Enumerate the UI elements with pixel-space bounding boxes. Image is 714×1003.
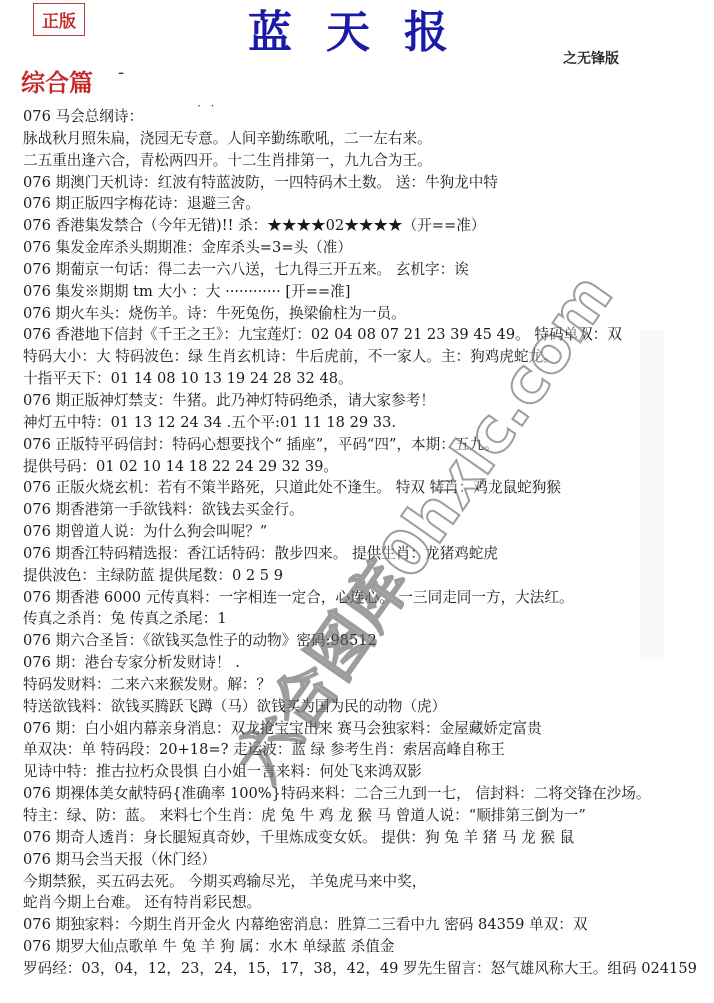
text-line: 076 集发金库杀头期期准：金库杀头=3=头（准） [23, 237, 713, 259]
text-line: 076 期马会当天报（休门经） [23, 849, 713, 871]
authentic-badge: 正版 [33, 3, 85, 36]
text-line: 076 期葡京一句话：得二去一六八送，七九得三开五来。 玄机字：诶 [23, 259, 713, 281]
text-line: 076 集发※期期 tm 大小 ：大 ············ [开==准] [23, 281, 713, 303]
text-line: 076 期香港第一手欲钱料：欲钱去买金行。 [23, 499, 713, 521]
text-line: 单双决：单 特码段：20+18=? 走运波：蓝 绿 参考生肖：索居高峰自称王 [23, 739, 713, 761]
text-line: 提供波色：主绿防蓝 提供尾数：0 2 5 9 [23, 565, 713, 587]
text-line: 076 期火车头：烧伤羊。诗：牛死兔伤，换梁偷柱为一员。 [23, 303, 713, 325]
text-line: 076 正版特平码信封：特码心想要找个“ 插座”，平码“四”，本期：五九。 [23, 434, 713, 456]
text-line: 076 期澳门天机诗：红波有特蓝波防，一四特码木土数。 送：牛狗龙中特 [23, 172, 713, 194]
text-line: 076 正版火烧玄机：若有不策半路死，只道此处不逢生。 特双 特肖：鸡龙鼠蛇狗猴 [23, 477, 713, 499]
section-title: 综合篇 [21, 63, 93, 98]
title-char-1: 蓝 [248, 0, 292, 60]
text-line: 罗码经：03，04，12，23，24，15，17，38，42，49 罗先生留言：… [23, 958, 713, 980]
text-line: 076 期独家料：今期生肖开金火 内幕绝密消息：胜算二三看中九 密码 84359… [23, 914, 713, 936]
text-line: 特码发财料：二来六来猴发财。解：？ [23, 674, 713, 696]
text-line: 神灯五中特：01 13 12 24 34 .五个平:01 11 18 29 33… [23, 412, 713, 434]
text-line: 见诗中特：推古拉朽众畏惧 白小姐一言来料：何处飞来鸿双影 [23, 761, 713, 783]
text-line: 076 期曾道人说：为什么狗会叫呢？” [23, 521, 713, 543]
title-char-2: 天 [326, 0, 370, 60]
article-body: 076 马会总纲诗： 脉战秋月照朱扁，浇园无专意。人间辛勤练歌吼，二一左右来。 … [23, 106, 713, 980]
text-line: 十指平天下：01 14 08 10 13 19 24 28 32 48。 [23, 368, 713, 390]
text-line: 076 香港集发禁合（今年无错)!! 杀：★★★★02★★★★（开==准） [23, 215, 713, 237]
title-char-3: 报 [404, 0, 448, 60]
text-line: 076 期香江特码精选报：香江话特码：散步四来。 提供生肖：龙猪鸡蛇虎 [23, 543, 713, 565]
text-line: 特码大小：大 特码波色：绿 生肖玄机诗：牛后虎前，不一家人。主：狗鸡虎蛇龙。 [23, 346, 713, 368]
text-line: 076 期正版四字梅花诗：退避三舍。 [23, 193, 713, 215]
text-line: 特送欲钱料：欲钱买腾跃飞蹲（马）欲钱买为国为民的动物（虎） [23, 696, 713, 718]
text-line: 传真之杀肖：兔 传真之杀尾：1 [23, 608, 713, 630]
text-line: 076 期正版神灯禁支：牛猪。此乃神灯特码绝杀，请大家参考！ [23, 390, 713, 412]
text-line: 076 期奇人透肖：身长腿短真奇妙，千里炼成变女妖。 提供：狗 兔 羊 猪 马 … [23, 827, 713, 849]
section-dash: - [118, 62, 124, 83]
text-line: 076 香港地下信封《千王之王》：九宝莲灯：02 04 08 07 21 23 … [23, 324, 713, 346]
text-line: 076 马会总纲诗： [23, 106, 713, 128]
text-line: 076 期：白小姐内幕亲身消息：双龙抢宝宝出来 赛马会独家料：金屋藏娇定富贵 [23, 718, 713, 740]
text-line: 076 期：港台专家分析发财诗！ . [23, 652, 713, 674]
badge-label: 正版 [42, 7, 76, 32]
text-line: 076 期六合圣旨：《欲钱买急性子的动物》密码:98512 [23, 630, 713, 652]
edition-label: 之无锋版 [563, 48, 619, 68]
text-line: 特主：绿、防：蓝。 来料七个生肖：虎 兔 牛 鸡 龙 猴 马 曾道人说：“顺排第… [23, 805, 713, 827]
text-line: 提供号码：01 02 10 14 18 22 24 29 32 39。 [23, 456, 713, 478]
text-line: 脉战秋月照朱扁，浇园无专意。人间辛勤练歌吼，二一左右来。 [23, 128, 713, 150]
page-title: 蓝 天 报 [248, 2, 448, 54]
text-line: 076 期香港 6000 元传真料：一字相连一定合，心连心。 一三同走同一方，大… [23, 587, 713, 609]
text-line: 076 期裸体美女献特码{准确率 100%}特码来料：二合三九到一七， 信封料：… [23, 783, 713, 805]
text-line: 二五重出逢六合，青松两四开。十二生肖排第一，九九合为王。 [23, 150, 713, 172]
text-line: 蛇肖今期上台难。 还有特肖彩民想。 [23, 892, 713, 914]
text-line: 076 期罗大仙点歌单 牛 兔 羊 狗 属：水木 单绿蓝 杀值金 [23, 936, 713, 958]
text-line: 今期禁猴，买五码去死。 今期买鸡输尽光， 羊兔虎马来中奖， [23, 871, 713, 893]
